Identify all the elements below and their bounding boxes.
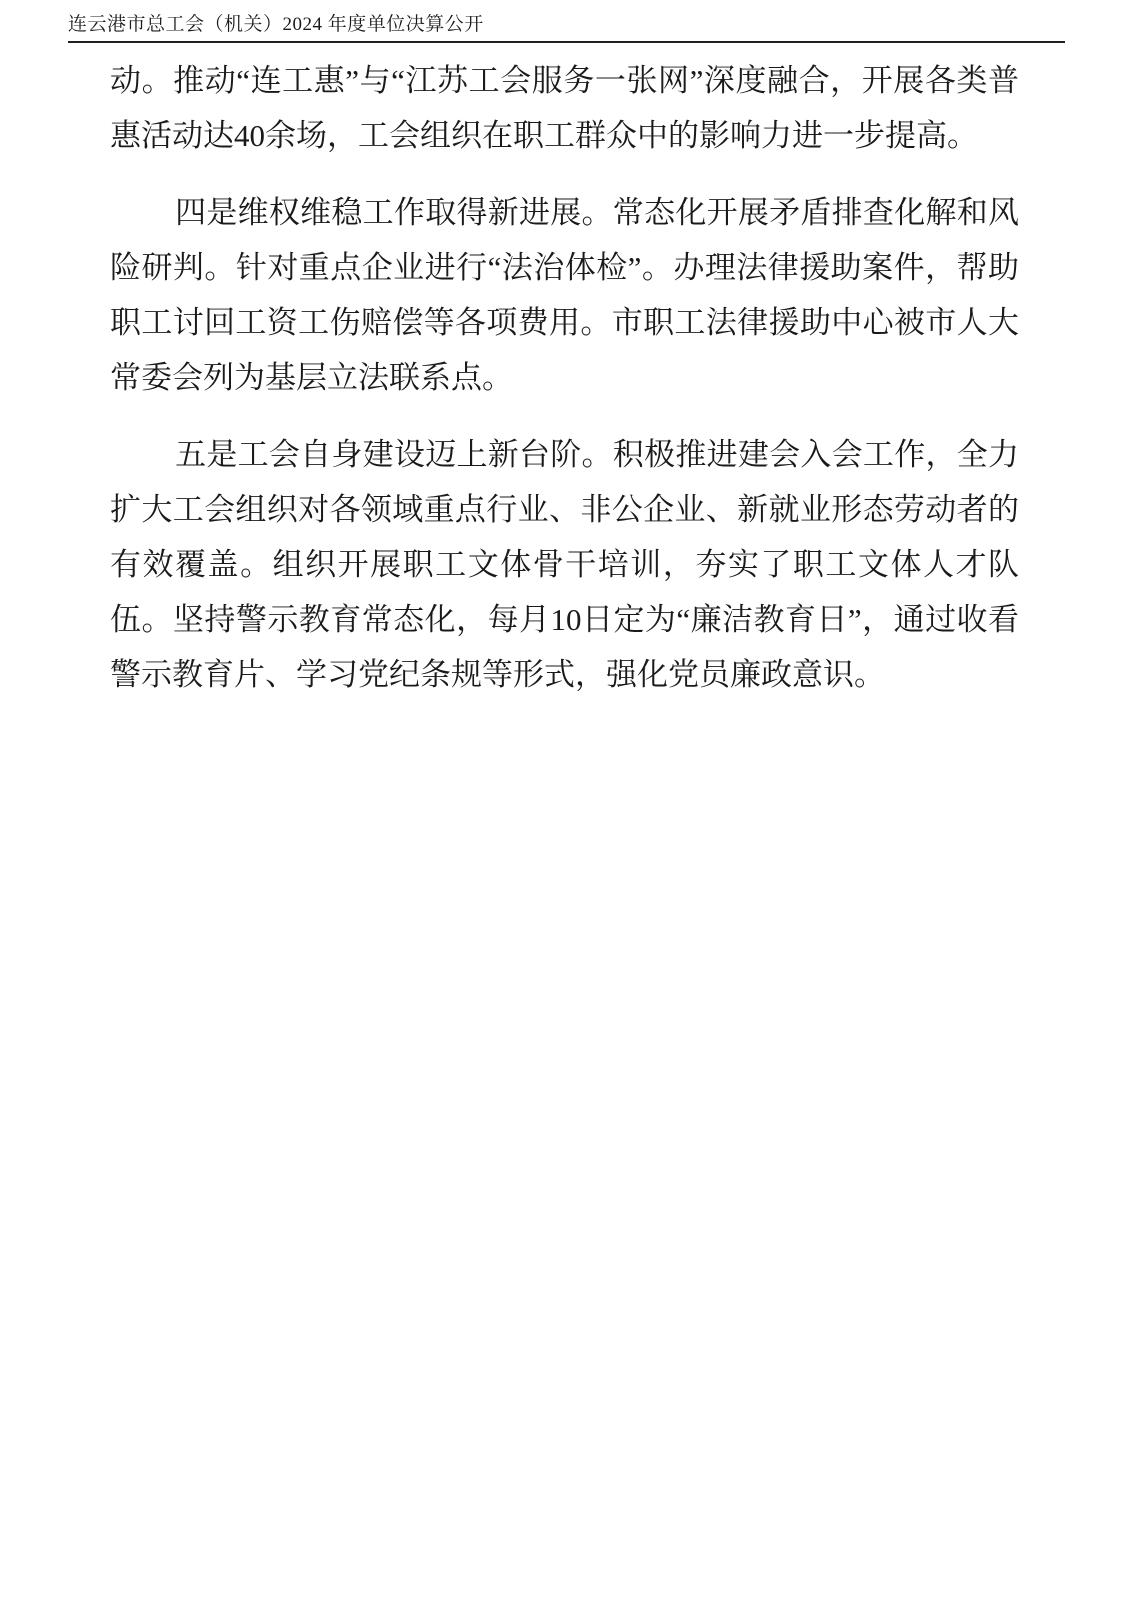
body-paragraph-item-four: 四是维权维稳工作取得新进展。常态化开展矛盾排查化解和风险研判。针对重点企业进行“… — [110, 185, 1019, 405]
body-paragraph-item-five: 五是工会自身建设迈上新台阶。积极推进建会入会工作，全力扩大工会组织对各领域重点行… — [110, 427, 1019, 702]
document-page: 连云港市总工会（机关）2024 年度单位决算公开 动。推动“连工惠”与“江苏工会… — [0, 0, 1131, 1600]
page-header: 连云港市总工会（机关）2024 年度单位决算公开 — [68, 14, 1065, 43]
document-body: 动。推动“连工惠”与“江苏工会服务一张网”深度融合，开展各类普惠活动达40余场，… — [110, 53, 1019, 702]
body-paragraph-continuation: 动。推动“连工惠”与“江苏工会服务一张网”深度融合，开展各类普惠活动达40余场，… — [110, 53, 1019, 163]
page-header-title: 连云港市总工会（机关）2024 年度单位决算公开 — [68, 14, 1065, 36]
